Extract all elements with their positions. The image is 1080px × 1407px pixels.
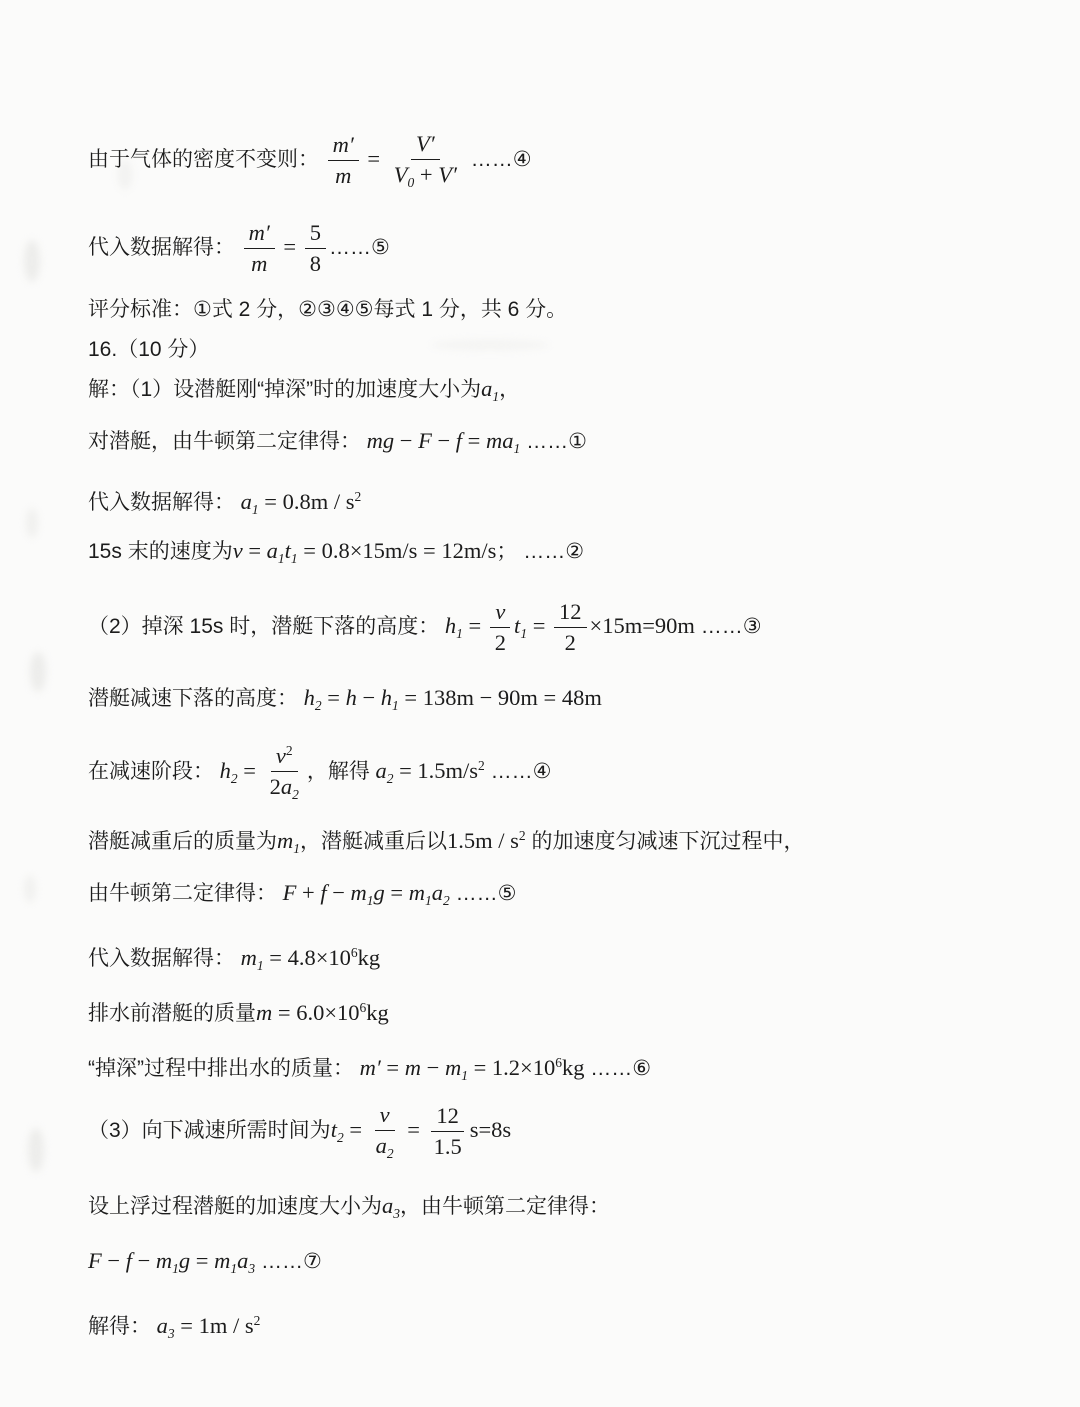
text-mass-after-reduction: 潜艇减重后的质量为m1，潜艇减重后以1.5m / s2 的加速度匀减速下沉过程中… <box>88 821 804 864</box>
subscript: 1 <box>293 841 300 856</box>
text-run: 的加速度匀减速下沉过程中， <box>526 830 805 853</box>
math-literal: = 6.0×10 <box>272 1000 359 1025</box>
scan-smudge <box>28 1128 44 1172</box>
math-literal: s=8s <box>470 1117 511 1142</box>
math-variable: v <box>495 599 505 624</box>
text-run: ……⑤ <box>329 236 390 259</box>
scan-smudge <box>430 340 550 350</box>
math-literal: = <box>381 1055 405 1080</box>
math-variable: a <box>370 758 387 783</box>
solution-part1-setup: 解：（1）设潜艇刚“掉深”时的加速度大小为a1， <box>88 374 520 412</box>
math-literal: = 1.2×10 <box>468 1055 555 1080</box>
scan-smudge <box>26 508 38 538</box>
text-run: 排水前潜艇的质量 <box>88 1002 256 1025</box>
text-run: 评分标准：①式 2 分，②③④⑤每式 1 分，共 6 分。 <box>88 298 567 321</box>
math-literal: = 1.5m/s <box>393 758 478 783</box>
math-literal: 12 <box>436 1103 459 1128</box>
fraction-numerator: v <box>375 1102 395 1131</box>
subscript: 3 <box>168 1326 175 1341</box>
math-variable: V′ <box>438 162 457 187</box>
eq-newton-second-law-1: 对潜艇，由牛顿第二定律得： mg − F − f = ma1 ……① <box>88 426 587 464</box>
subscript: 2 <box>292 787 299 802</box>
math-literal: = <box>463 613 487 638</box>
superscript: 2 <box>254 1313 261 1328</box>
fraction: v22a2 <box>265 743 304 803</box>
fraction-denominator: 8 <box>305 249 326 277</box>
text-run: ； ……② <box>496 540 584 563</box>
subscript: 1 <box>257 958 264 973</box>
subscript: 1 <box>278 551 285 566</box>
text-run: ……⑤ <box>450 882 517 905</box>
math-variable: a <box>376 1133 387 1158</box>
scan-smudge <box>30 652 46 692</box>
math-variable: a <box>481 376 492 401</box>
math-variable: a <box>151 1313 168 1338</box>
math-literal: − <box>327 880 351 905</box>
fraction-denominator: 2 <box>490 628 511 656</box>
math-variable: F <box>277 880 296 905</box>
eq-a1-result: 代入数据解得： a1 = 0.8m / s2 <box>88 482 361 525</box>
fraction: v2 <box>490 599 511 656</box>
subscript: 2 <box>337 1130 344 1145</box>
text-run: （3）向下减速所需时间为 <box>88 1119 331 1142</box>
math-variable: V′ <box>416 131 435 156</box>
math-literal: − <box>432 428 456 453</box>
fraction: va2 <box>371 1102 399 1162</box>
math-variable: mg <box>361 428 394 453</box>
fraction-numerator: m′ <box>244 220 275 249</box>
subscript: 3 <box>393 1206 400 1221</box>
math-literal: + <box>296 880 320 905</box>
eq-ratio-result: 代入数据解得： m′m = 58……⑤ <box>88 210 390 285</box>
math-variable: h <box>298 685 315 710</box>
text-run: ，由牛顿第二定律得： <box>400 1195 610 1218</box>
eq-decel-height-h2: 潜艇减速下落的高度： h2 = h − h1 = 138m − 90m = 48… <box>88 683 602 721</box>
math-literal: kg <box>562 1055 585 1080</box>
math-variable: m <box>251 251 267 276</box>
eq-m1-result: 代入数据解得： m1 = 4.8×106kg <box>88 938 380 981</box>
fraction-numerator: v <box>490 599 510 628</box>
math-variable: m′ <box>354 1055 381 1080</box>
eq-fall-height-h1: （2）掉深 15s 时，潜艇下落的高度： h1 = v2t1 = 122×15m… <box>88 589 762 671</box>
math-variable: g <box>374 880 385 905</box>
fraction: 58 <box>305 220 326 277</box>
math-variable: a <box>235 489 252 514</box>
math-variable: a <box>267 538 278 563</box>
text-ascent-setup: 设上浮过程潜艇的加速度大小为a3，由牛顿第二定律得： <box>88 1191 610 1229</box>
math-variable: m′ <box>333 132 354 157</box>
fraction: m′m <box>328 132 359 189</box>
text-run: 潜艇减速下落的高度： <box>88 687 298 710</box>
math-variable: h <box>346 685 357 710</box>
eq-density-ratio: 由于气体的密度不变则： m′m = V′V0 + V′ ……④ <box>88 122 532 197</box>
math-variable: ma <box>486 428 514 453</box>
eq-velocity-15s: 15s 末的速度为v = a1t1 = 0.8×15m/s = 12m/s； …… <box>88 536 584 574</box>
text-run: 15s 末的速度为 <box>88 540 233 563</box>
math-literal: 1.5 <box>434 1134 462 1159</box>
math-literal: kg <box>366 1000 389 1025</box>
subscript: 2 <box>387 1146 394 1161</box>
text-run: 代入数据解得： <box>88 947 235 970</box>
math-variable: m <box>214 1248 230 1273</box>
eq-newton-second-law-2: 由牛顿第二定律得： F + f − m1g = m1a2 ……⑤ <box>88 878 516 916</box>
math-literal: = <box>344 1117 368 1142</box>
math-literal: 1.5m / s <box>447 828 519 853</box>
math-variable: g <box>179 1248 190 1273</box>
math-variable: v <box>276 743 286 768</box>
text-run: 在减速阶段： <box>88 760 214 783</box>
math-variable: m <box>335 163 351 188</box>
math-literal: = <box>238 758 262 783</box>
superscript: 6 <box>555 1055 562 1070</box>
math-variable: v <box>380 1102 390 1127</box>
subscript: 2 <box>315 698 322 713</box>
math-variable: m′ <box>249 220 270 245</box>
subscript: 1 <box>456 626 463 641</box>
fraction-denominator: 1.5 <box>429 1132 467 1160</box>
math-variable: m <box>235 945 257 970</box>
superscript: 2 <box>478 758 485 773</box>
subscript: 1 <box>252 502 259 517</box>
fraction: m′m <box>244 220 275 277</box>
grading-standard: 评分标准：①式 2 分，②③④⑤每式 1 分，共 6 分。 <box>88 295 567 325</box>
math-literal <box>319 146 325 171</box>
eq-drained-water-mass: “掉深”过程中排出水的质量： m′ = m − m1 = 1.2×106kg …… <box>88 1048 651 1091</box>
math-literal: = <box>527 613 551 638</box>
math-literal: − <box>102 1248 126 1273</box>
math-literal: = 138m − 90m = 48m <box>399 685 602 710</box>
subscript: 2 <box>231 771 238 786</box>
math-literal: = <box>402 1117 426 1142</box>
math-literal: = <box>278 234 302 259</box>
fraction-numerator: v2 <box>271 743 298 772</box>
fraction-denominator: 2 <box>560 628 581 656</box>
math-literal: 8 <box>310 251 321 276</box>
math-literal: = <box>322 685 346 710</box>
text-run: ……⑥ <box>584 1057 651 1080</box>
fraction-denominator: 2a2 <box>265 772 304 803</box>
eq-a3-result: 解得： a3 = 1m / s2 <box>88 1306 260 1349</box>
math-literal: 2 <box>495 630 506 655</box>
subscript: 1 <box>425 893 432 908</box>
text-run: 解：（1）设潜艇刚“掉深”时的加速度大小为 <box>88 378 481 401</box>
math-literal: = 1m / s <box>175 1313 254 1338</box>
math-literal: 2 <box>565 630 576 655</box>
fraction-numerator: 5 <box>305 220 326 249</box>
fraction-numerator: V′ <box>411 131 440 160</box>
math-literal: + <box>414 162 438 187</box>
math-variable: m <box>405 1055 421 1080</box>
math-literal: 2 <box>270 774 281 799</box>
math-variable: m <box>256 1000 272 1025</box>
math-variable: h <box>381 685 392 710</box>
text-run: ， <box>499 378 520 401</box>
eq-newton-second-law-3: F − f − m1g = m1a3 ……⑦ <box>88 1246 322 1284</box>
fraction: 122 <box>554 599 587 656</box>
subscript: 1 <box>461 1068 468 1083</box>
fraction: 121.5 <box>429 1103 467 1160</box>
math-literal: ×15m=90m <box>590 613 695 638</box>
math-variable: m <box>156 1248 172 1273</box>
text-run: 解得： <box>88 1315 151 1338</box>
math-variable: h <box>439 613 456 638</box>
text-run: 对潜艇，由牛顿第二定律得： <box>88 430 361 453</box>
fraction-denominator: V0 + V′ <box>389 160 462 191</box>
math-variable: a <box>281 774 292 799</box>
scan-smudge <box>24 875 36 903</box>
text-run: 由于气体的密度不变则： <box>88 148 319 171</box>
superscript: 2 <box>519 828 526 843</box>
superscript: 6 <box>351 945 358 960</box>
fraction-numerator: 12 <box>431 1103 464 1132</box>
math-literal: − <box>357 685 381 710</box>
fraction-denominator: m <box>330 161 356 189</box>
eq-decel-time-t2: （3）向下减速所需时间为t2 = va2 = 121.5s=8s <box>88 1093 511 1175</box>
math-literal: = 0.8m / s <box>259 489 355 514</box>
fraction-denominator: m <box>246 249 272 277</box>
math-literal: = <box>462 428 486 453</box>
math-variable: h <box>214 758 231 783</box>
math-variable: v <box>233 538 243 563</box>
text-run: （2）掉深 15s 时，潜艇下落的高度： <box>88 615 439 638</box>
text-run: 由牛顿第二定律得： <box>88 882 277 905</box>
math-literal: − <box>132 1248 156 1273</box>
fraction-denominator: a2 <box>371 1131 399 1162</box>
math-variable: a <box>382 1193 393 1218</box>
math-literal <box>235 234 241 259</box>
math-variable: m <box>277 828 293 853</box>
text-run: ……⑦ <box>255 1250 322 1273</box>
text-run: 代入数据解得： <box>88 491 235 514</box>
superscript: 2 <box>354 489 361 504</box>
math-literal: − <box>394 428 418 453</box>
math-variable: a <box>432 880 443 905</box>
math-variable: a <box>237 1248 248 1273</box>
math-literal: = <box>190 1248 214 1273</box>
text-run: ，潜艇减重后以 <box>300 830 447 853</box>
math-variable: F <box>418 428 432 453</box>
eq-mass-before-drain: 排水前潜艇的质量m = 6.0×106kg <box>88 993 389 1029</box>
math-literal: = 0.8×15m/s = 12m/s <box>298 538 497 563</box>
text-run: ……③ <box>695 615 762 638</box>
text-run: ……④ <box>465 148 532 171</box>
text-run: ，解得 <box>307 760 370 783</box>
subscript: 1 <box>172 1261 179 1276</box>
math-literal: 12 <box>559 599 582 624</box>
math-literal: kg <box>358 945 381 970</box>
math-variable: m <box>351 880 367 905</box>
math-variable: m <box>409 880 425 905</box>
question-16-header: 16.（10 分） <box>88 335 209 365</box>
math-variable: F <box>88 1248 102 1273</box>
text-run: 潜艇减重后的质量为 <box>88 830 277 853</box>
text-run: ……① <box>520 430 587 453</box>
subscript: 1 <box>291 551 298 566</box>
math-literal: = <box>362 146 386 171</box>
document-page: 由于气体的密度不变则： m′m = V′V0 + V′ ……④代入数据解得： m… <box>0 0 1080 1407</box>
math-literal: 5 <box>310 220 321 245</box>
math-literal: = 4.8×10 <box>264 945 351 970</box>
eq-decel-phase-a2: 在减速阶段： h2 = v22a2，解得 a2 = 1.5m/s2 ……④ <box>88 729 551 816</box>
scan-smudge <box>24 240 40 282</box>
superscript: 2 <box>286 743 293 758</box>
text-run: “掉深”过程中排出水的质量： <box>88 1057 354 1080</box>
math-literal: = <box>385 880 409 905</box>
math-literal: = <box>243 538 267 563</box>
text-run: 设上浮过程潜艇的加速度大小为 <box>88 1195 382 1218</box>
fraction: V′V0 + V′ <box>389 131 462 191</box>
subscript: 1 <box>367 893 374 908</box>
math-variable: m <box>445 1055 461 1080</box>
text-run: 代入数据解得： <box>88 236 235 259</box>
math-variable: V <box>394 162 408 187</box>
fraction-numerator: 12 <box>554 599 587 628</box>
text-run: ……④ <box>485 760 552 783</box>
subscript: 2 <box>443 893 450 908</box>
text-run: 16.（10 分） <box>88 338 209 361</box>
math-literal: − <box>421 1055 445 1080</box>
fraction-numerator: m′ <box>328 132 359 161</box>
subscript: 1 <box>392 698 399 713</box>
